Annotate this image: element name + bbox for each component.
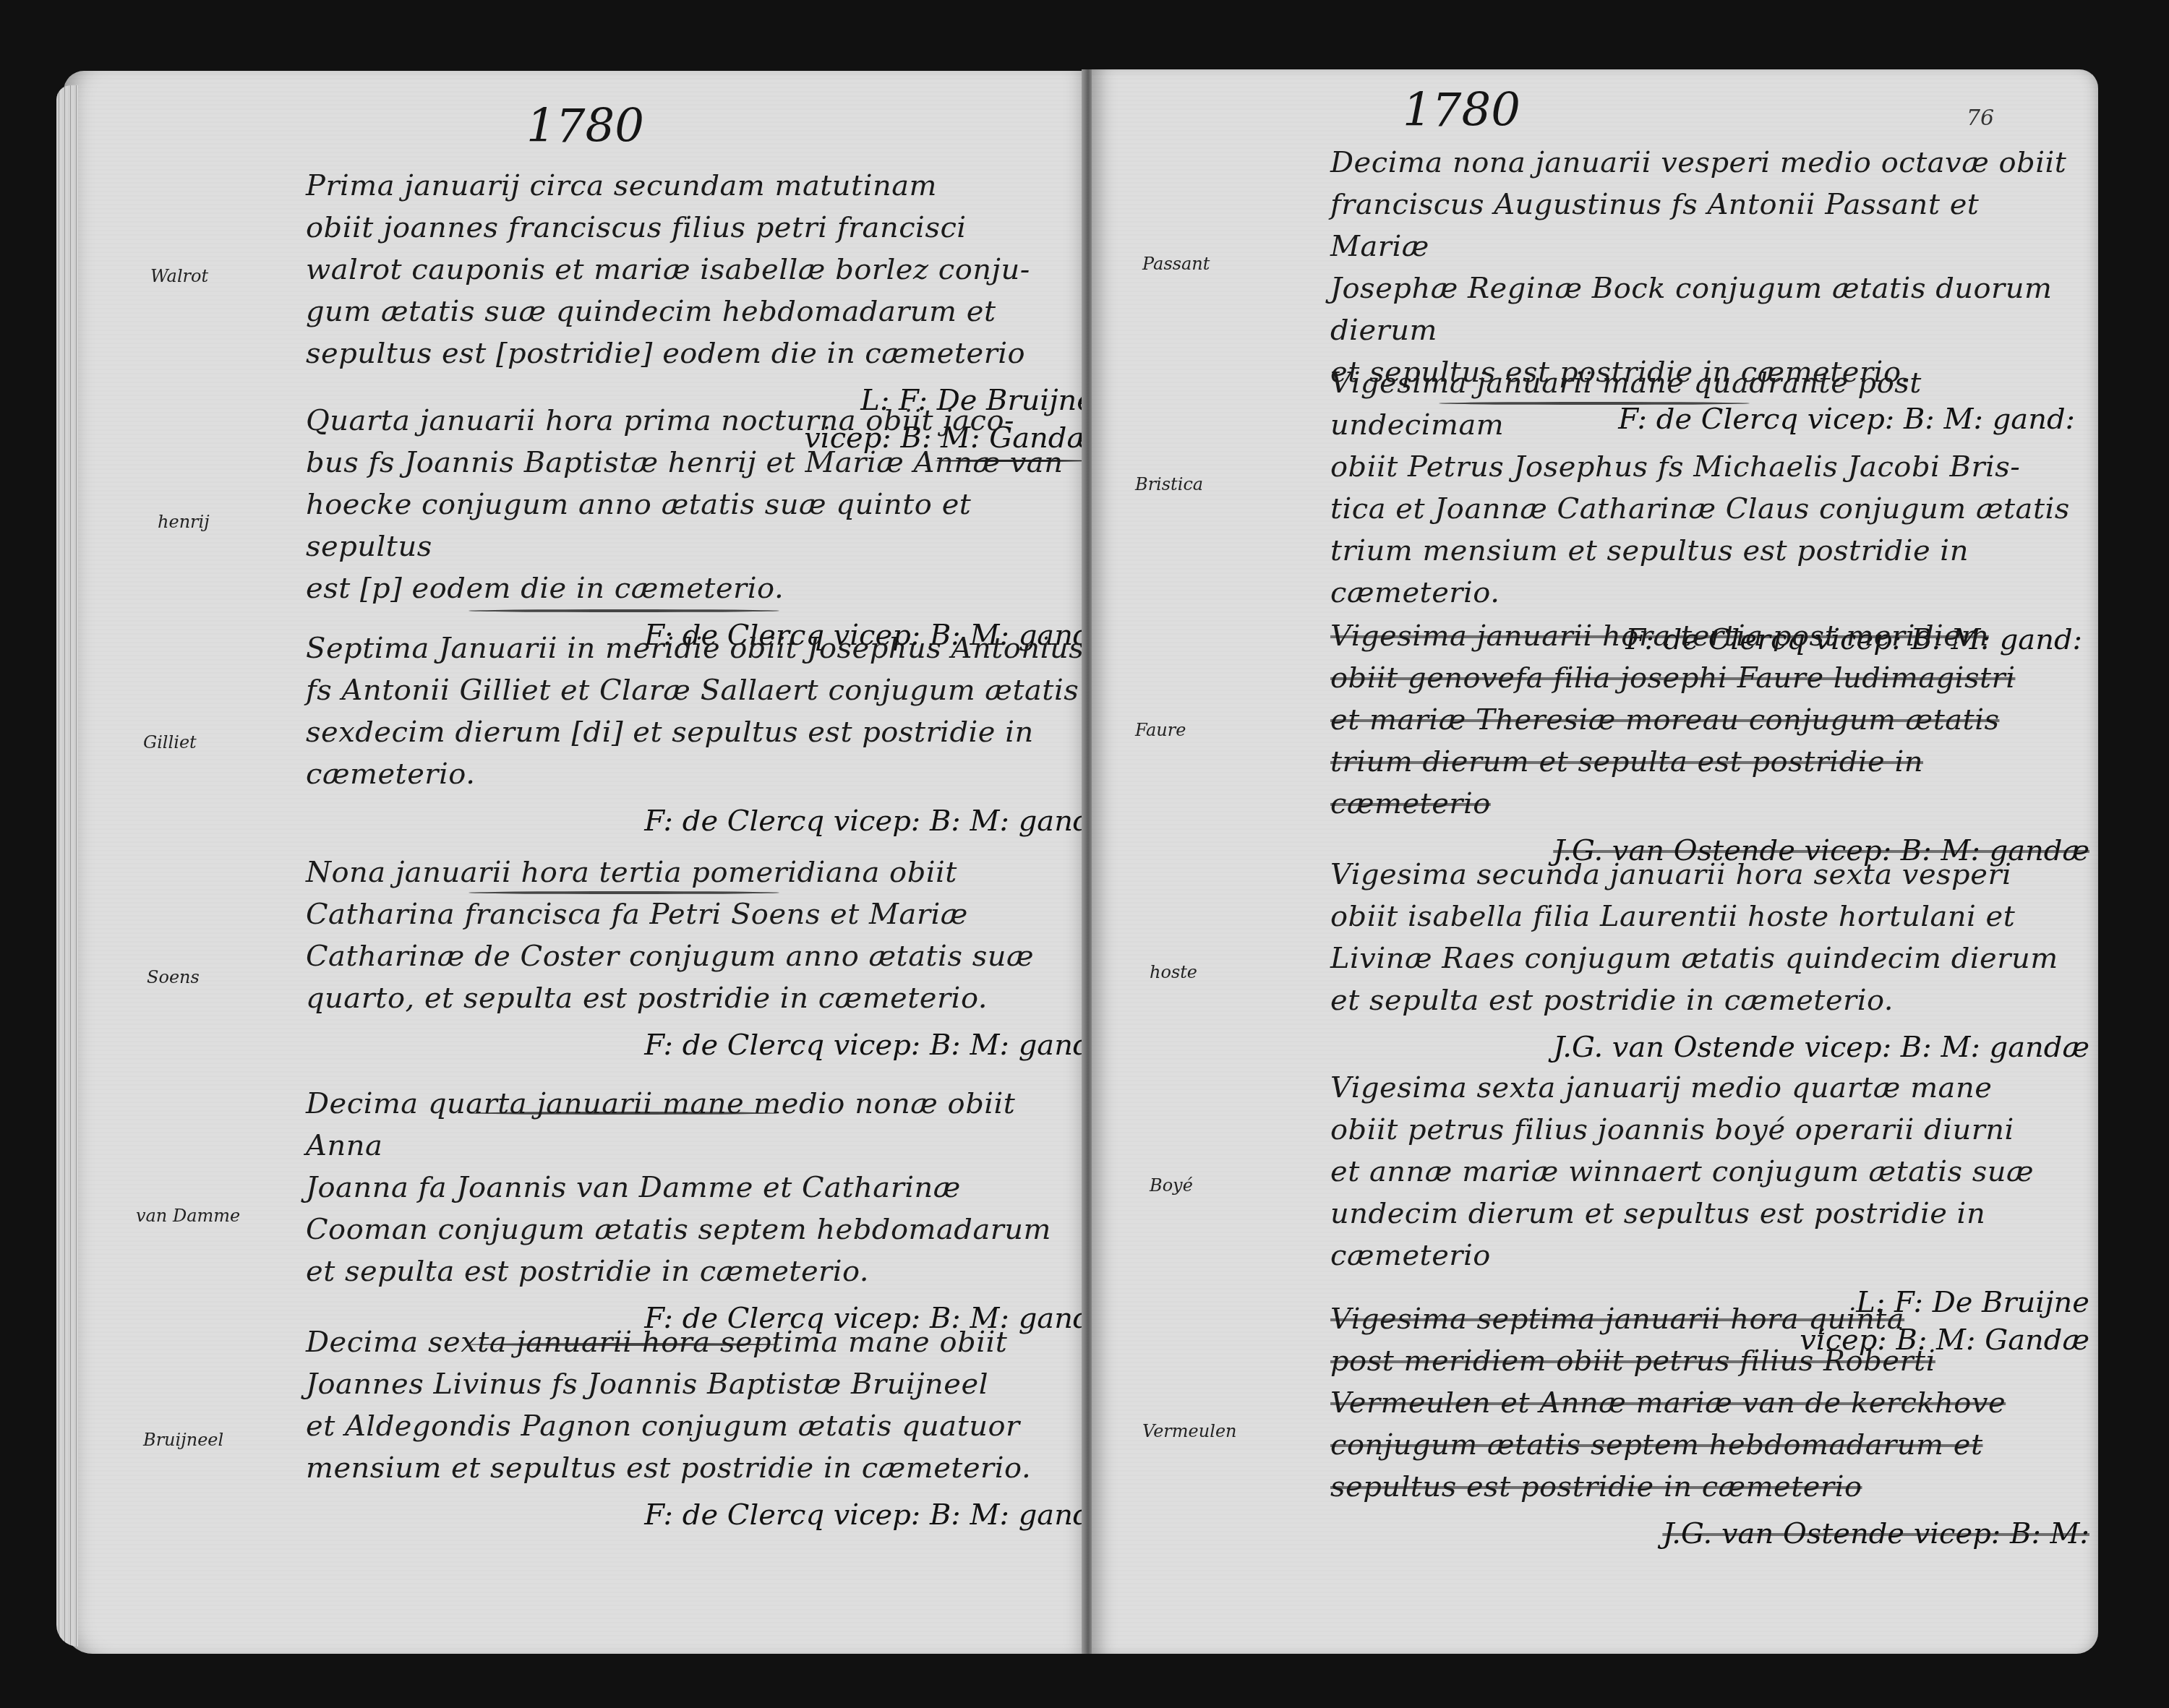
burial-entry: Nona januarii hora tertia pomeridiana ob… [306,851,1101,1064]
burial-entry: Vigesima januarii mane quadrante post un… [1330,362,2082,658]
entry-text: Decima nona januarii vesperi medio octav… [1330,142,2075,393]
entry-text: Nona januarii hora tertia pomeridiana ob… [306,851,1101,1019]
year-heading-right: 1780 [1403,84,1520,137]
entry-text: Vigesima secunda januarii hora sexta ves… [1330,854,2089,1021]
burial-entry: Decima quarta januarii mane medio nonæ o… [306,1083,1101,1337]
entry-signature: J.G. van Ostende vicep: B: M: gandæ [1330,1029,2089,1066]
entry-text: Vigesima januarii mane quadrante post un… [1330,362,2082,614]
entry-signature: F: de Clercq vicep: B: M: gand: [306,1026,1101,1064]
entry-text: Vigesima sexta januarij medio quartæ man… [1330,1067,2089,1276]
margin-name-walrot: Walrot [150,266,208,286]
margin-name-van-damme: van Damme [136,1206,240,1226]
margin-name-passant: Passant [1142,254,1210,274]
entry-signature: F: de Clercq vicep: B: M: gand: [306,1496,1101,1534]
entry-text: Prima januarij circa secundam matutinam … [306,165,1094,374]
entry-signature: J.G. van Ostende vicep: B: M: [1330,1515,2089,1553]
entry-text: Vigesima januarii hora tertia post merid… [1330,615,2089,825]
left-page: 1780 Walrot Prima januarij circa secunda… [64,71,1089,1654]
year-heading-left: 1780 [526,100,644,153]
margin-name-bruijneel: Bruijneel [143,1430,223,1450]
right-page: 1780 76 Passant Decima nona januarii ves… [1092,69,2098,1654]
margin-name-hoste: hoste [1150,962,1197,982]
entry-text: Quarta januarii hora prima nocturna obii… [306,400,1101,609]
burial-entry: Vigesima secunda januarii hora sexta ves… [1330,854,2089,1066]
margin-name-bristica: Bristica [1135,474,1203,494]
entry-text: Decima sexta januarii hora septima mane … [306,1321,1101,1489]
entry-divider [469,609,779,612]
entry-text: Vigesima septima januarii hora quinta po… [1330,1298,2089,1508]
burial-entry-struck: Vigesima septima januarii hora quinta po… [1330,1298,2089,1553]
margin-name-gilliet: Gilliet [143,732,197,752]
burial-entry: Septima Januarii in meridie obiit Joseph… [306,627,1101,840]
entry-text: Decima quarta januarii mane medio nonæ o… [306,1083,1101,1292]
margin-name-vermeulen: Vermeulen [1142,1421,1237,1441]
burial-entry: Decima sexta januarii hora septima mane … [306,1321,1101,1534]
margin-name-boye: Boyé [1150,1175,1193,1196]
burial-entry: Quarta januarii hora prima nocturna obii… [306,400,1101,654]
burial-entry-struck: Vigesima januarii hora tertia post merid… [1330,615,2089,870]
entry-text: Septima Januarii in meridie obiit Joseph… [306,627,1101,795]
margin-name-henrij: henrij [158,512,210,532]
margin-name-faure: Faure [1135,720,1186,740]
margin-name-soens: Soens [147,967,200,987]
entry-signature: F: de Clercq vicep: B: M: gand: [306,802,1101,840]
folio-number: 76 [1967,106,1994,131]
